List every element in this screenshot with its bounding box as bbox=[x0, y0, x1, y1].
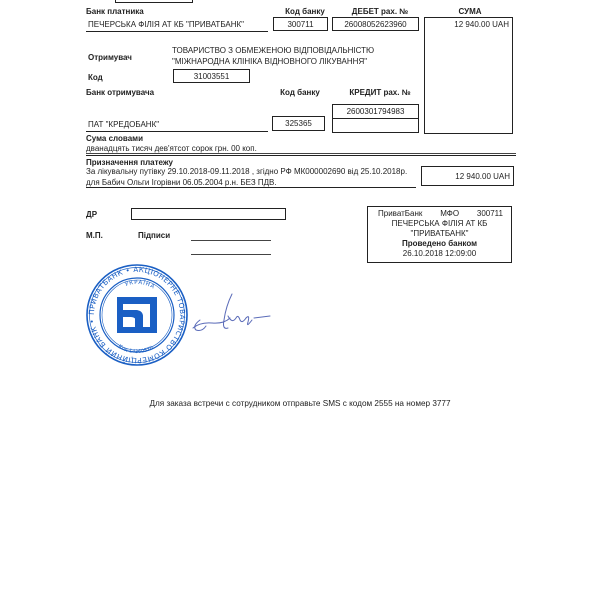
sum-label: СУМА bbox=[425, 7, 515, 16]
stamp-branch-line1: ПЕЧЕРСЬКА ФІЛІЯ АТ КБ bbox=[368, 219, 511, 229]
debit-account-field: 26008052623960 bbox=[332, 17, 419, 31]
stamp-bank-row: ПриватБанк МФО 300711 bbox=[368, 209, 511, 219]
credit-account-field-2 bbox=[332, 118, 419, 133]
seal-icon: ПРИВАТБАНК • АКЦІОНЕРНЕ ТОВАРИСТВО КОМЕР… bbox=[85, 263, 189, 367]
payer-bank-underline bbox=[86, 21, 268, 32]
bank-seal: ПРИВАТБАНК • АКЦІОНЕРНЕ ТОВАРИСТВО КОМЕР… bbox=[85, 263, 189, 367]
signatures-label: Підписи bbox=[138, 231, 170, 240]
dr-field bbox=[131, 208, 286, 220]
stamp-datetime: 26.10.2018 12:09:00 bbox=[368, 249, 511, 259]
amount-words-label: Сума словами bbox=[86, 134, 143, 143]
recipient-bank-underline bbox=[86, 121, 268, 132]
purpose-line1: За лікувальну путівку 29.10.2018-09.11.2… bbox=[86, 167, 407, 176]
handwritten-signature bbox=[190, 290, 275, 340]
svg-text:Код 14360570: Код 14360570 bbox=[117, 344, 154, 355]
purpose-sum-value: 12 940.00 UAH bbox=[455, 172, 510, 181]
footer-note: Для заказа встречи с сотрудником отправь… bbox=[0, 399, 600, 408]
recipient-code-field: 31003551 bbox=[173, 69, 250, 83]
credit-label: КРЕДИТ рах. № bbox=[330, 88, 430, 97]
recipient-name-line2: "МІЖНАРОДНА КЛІНІКА ВІДНОВНОГО ЛІКУВАННЯ… bbox=[172, 57, 367, 66]
recipient-label: Отримувач bbox=[88, 53, 132, 62]
stamp-mfo-value: 300711 bbox=[477, 209, 503, 219]
credit-account-field: 2600301794983 bbox=[332, 104, 419, 119]
debit-label: ДЕБЕТ рах. № bbox=[330, 7, 430, 16]
sum-value: 12 940.00 UAH bbox=[454, 20, 509, 29]
signature-icon bbox=[190, 290, 275, 340]
stamp-mfo-label: МФО bbox=[440, 209, 459, 219]
purpose-sum-field: 12 940.00 UAH bbox=[421, 166, 514, 186]
signature-line-1 bbox=[191, 232, 271, 241]
purpose-top-line bbox=[86, 149, 516, 156]
payer-bank-code-field: 300711 bbox=[273, 17, 328, 31]
stamp-status: Проведено банком bbox=[368, 239, 511, 249]
sum-field: 12 940.00 UAH bbox=[424, 17, 513, 134]
bank-processed-stamp: ПриватБанк МФО 300711 ПЕЧЕРСЬКА ФІЛІЯ АТ… bbox=[367, 206, 512, 263]
recipient-bank-code-field: 325365 bbox=[272, 116, 325, 131]
signature-line-2 bbox=[191, 252, 271, 255]
dr-label: ДР bbox=[86, 210, 97, 219]
recipient-code-label: Код bbox=[88, 73, 103, 82]
recipient-bank-code-label: Код банку bbox=[265, 88, 335, 97]
mp-label: М.П. bbox=[86, 231, 103, 240]
payer-bank-label: Банк платника bbox=[86, 7, 144, 16]
stamp-branch-line2: "ПРИВАТБАНК" bbox=[368, 229, 511, 239]
purpose-bottom-line bbox=[86, 178, 416, 188]
recipient-name-line1: ТОВАРИСТВО З ОБМЕЖЕНОЮ ВІДПОВІДАЛЬНІСТЮ bbox=[172, 46, 374, 55]
recipient-bank-label: Банк отримувача bbox=[86, 88, 154, 97]
purpose-label: Призначення платежу bbox=[86, 158, 173, 167]
top-cut-box bbox=[115, 0, 193, 3]
stamp-bank-name: ПриватБанк bbox=[378, 209, 422, 219]
